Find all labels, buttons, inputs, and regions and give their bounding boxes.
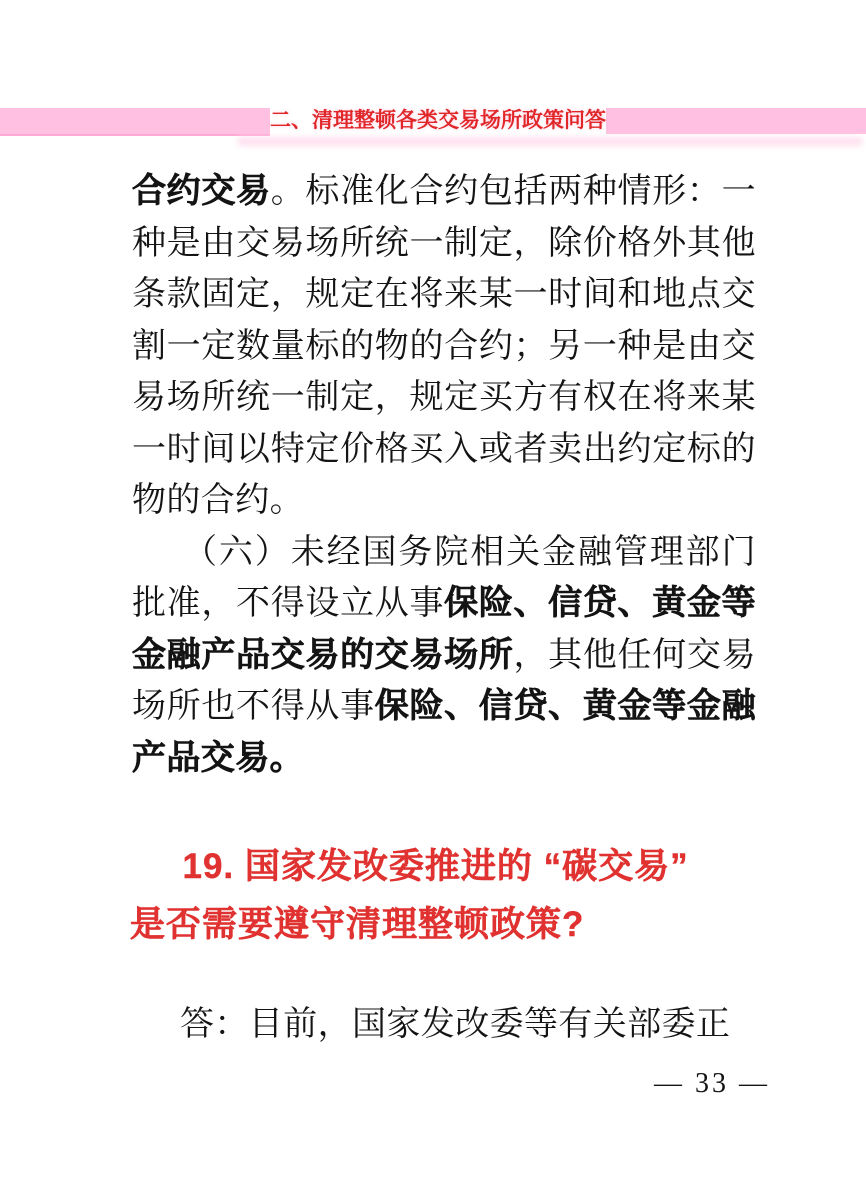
bold-term-contract-trading: 合约交易 xyxy=(132,173,271,210)
question-19-heading: 19. 国家发改委推进的 “碳交易” 是否需要遵守清理整顿政策? xyxy=(130,838,790,954)
paragraph-contract-definition: 合约交易。标准化合约包括两种情形：一种是由交易场所统一制定，除价格外其他条款固定… xyxy=(132,166,756,527)
paragraph-clause-six: （六）未经国务院相关金融管理部门批准，不得设立从事保险、信贷、黄金等金融产品交易… xyxy=(132,527,756,785)
header-underline-glow xyxy=(238,137,862,146)
body-text-block: 合约交易。标准化合约包括两种情形：一种是由交易场所统一制定，除价格外其他条款固定… xyxy=(132,166,756,784)
header-pink-band-right xyxy=(606,108,866,134)
answer-block: 答：目前，国家发改委等有关部委正 xyxy=(132,999,756,1051)
running-header-title: 二、清理整顿各类交易场所政策问答 xyxy=(270,105,606,137)
paragraph-contract-definition-text: 。标准化合约包括两种情形：一种是由交易场所统一制定，除价格外其他条款固定，规定在… xyxy=(132,173,756,519)
question-19-line1: 19. 国家发改委推进的 “碳交易” xyxy=(130,838,790,896)
question-19-line2: 是否需要遵守清理整顿政策? xyxy=(130,896,790,954)
answer-lead-line: 答：目前，国家发改委等有关部委正 xyxy=(132,999,756,1051)
header-pink-band-left xyxy=(0,108,270,136)
page-number: — 33 — xyxy=(654,1068,770,1100)
